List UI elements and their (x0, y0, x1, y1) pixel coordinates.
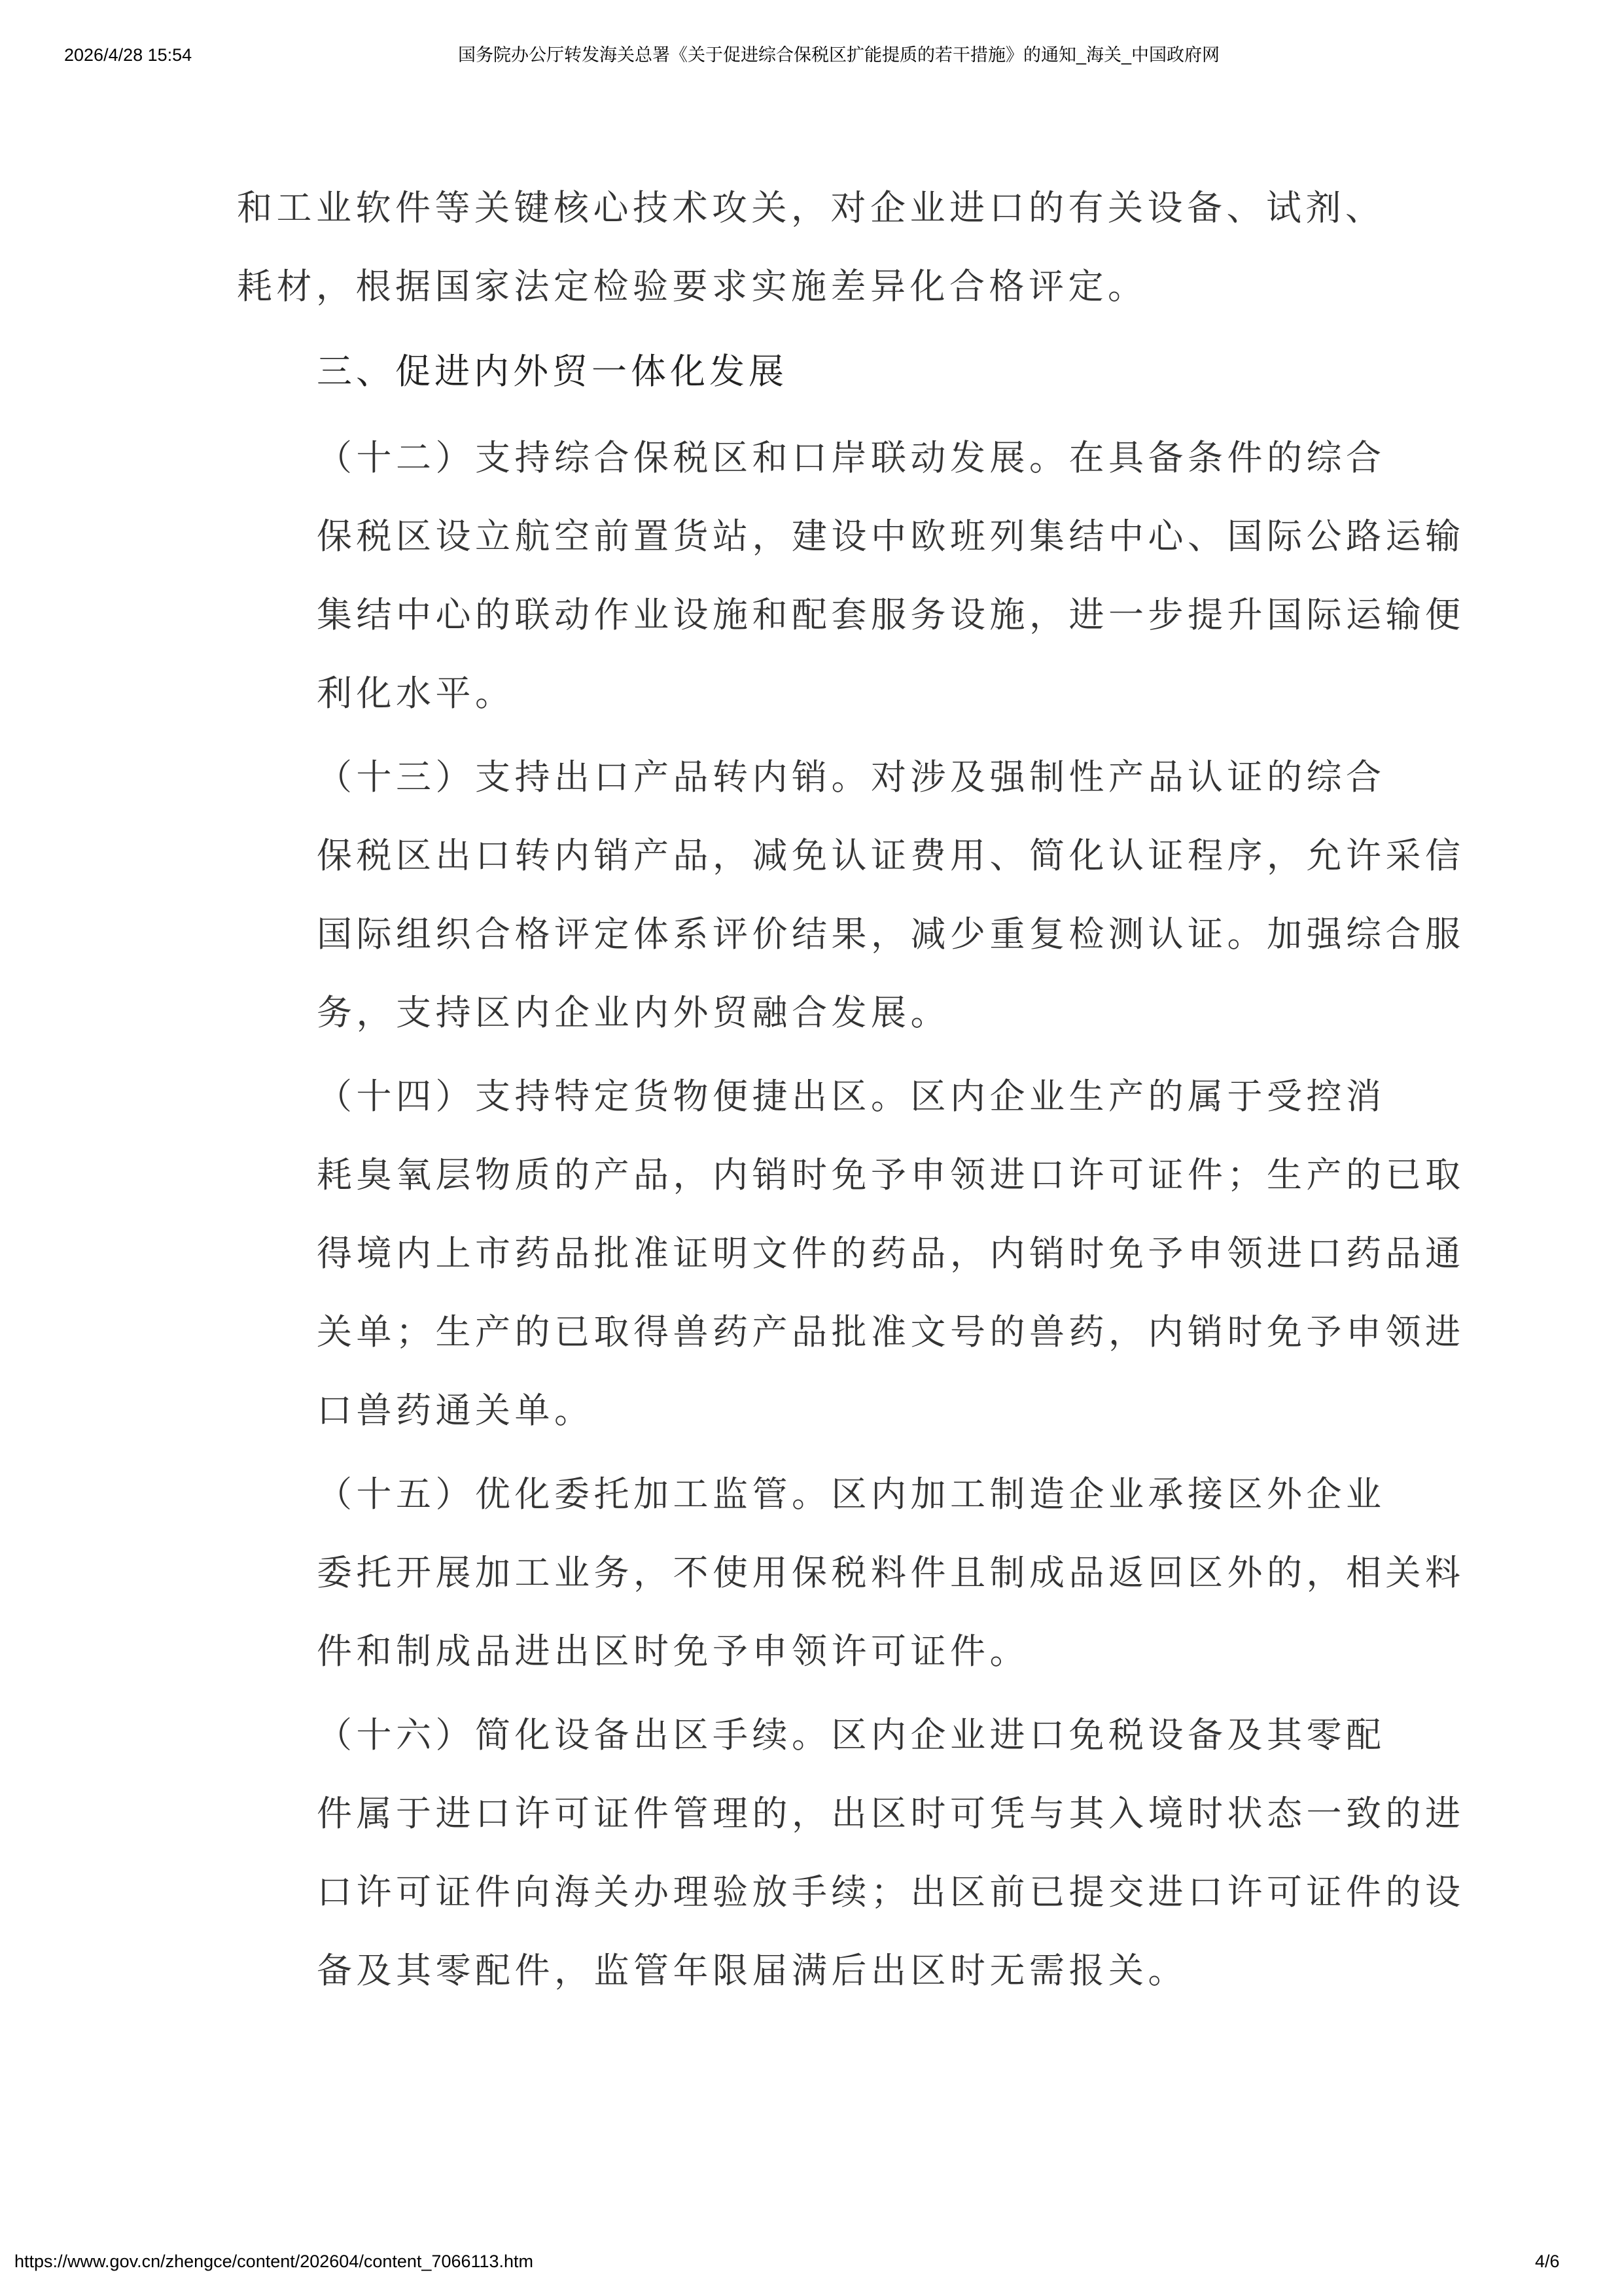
print-page-title: 国务院办公厅转发海关总署《关于促进综合保税区扩能提质的若干措施》的通知_海关_中… (458, 44, 1220, 65)
item-number: （十六） (317, 1714, 475, 1756)
text-line: 和工业软件等关键核心技术攻关，对企业进口的有关设备、试剂、 (237, 169, 1398, 247)
text-line: 国际组织合格评定体系评价结果，减少重复检测认证。加强综合服 (237, 895, 1398, 974)
print-header: 2026/4/28 15:54 国务院办公厅转发海关总署《关于促进综合保税区扩能… (0, 13, 1622, 52)
text-line: 件属于进口许可证件管理的，出区时可凭与其入境时状态一致的进 (237, 1775, 1398, 1853)
measure-item-14: （十四）支持特定货物便捷出区。区内企业生产的属于受控消 耗臭氧层物质的产品，内销… (237, 1057, 1398, 1450)
text-line: 对涉及强制性产品认证的综合 (871, 756, 1386, 798)
text-line: 务，支持区内企业内外贸融合发展。 (237, 974, 1398, 1052)
text-line: 耗材，根据国家法定检验要求实施差异化合格评定。 (237, 247, 1398, 326)
text-line: 集结中心的联动作业设施和配套服务设施，进一步提升国际运输便 (237, 576, 1398, 654)
item-number: （十二） (317, 437, 475, 478)
document-body: 和工业软件等关键核心技术攻关，对企业进口的有关设备、试剂、 耗材，根据国家法定检… (237, 169, 1398, 2015)
text-line: 委托开展加工业务，不使用保税料件且制成品返回区外的，相关料 (237, 1534, 1398, 1612)
measure-item-15: （十五）优化委托加工监管。区内加工制造企业承接区外企业 委托开展加工业务，不使用… (237, 1455, 1398, 1691)
text-line: 得境内上市药品批准证明文件的药品，内销时免予申领进口药品通 (237, 1214, 1398, 1293)
item-number: （十四） (317, 1076, 475, 1117)
item-number: （十三） (317, 756, 475, 798)
item-lead: 支持综合保税区和口岸联动发展。 (475, 437, 1069, 478)
section-heading: 三、促进内外贸一体化发展 (237, 332, 1398, 411)
text-line: 件和制成品进出区时免予申领许可证件。 (237, 1612, 1398, 1691)
item-lead: 支持出口产品转内销。 (475, 756, 871, 798)
text-line: 关单；生产的已取得兽药产品批准文号的兽药，内销时免予申领进 (237, 1293, 1398, 1371)
text-line: 保税区设立航空前置货站，建设中欧班列集结中心、国际公路运输 (237, 497, 1398, 576)
continuation-paragraph: 和工业软件等关键核心技术攻关，对企业进口的有关设备、试剂、 耗材，根据国家法定检… (237, 169, 1398, 326)
measure-item-13: （十三）支持出口产品转内销。对涉及强制性产品认证的综合 保税区出口转内销产品，减… (237, 738, 1398, 1052)
page-url: https://www.gov.cn/zhengce/content/20260… (14, 2251, 533, 2272)
measure-item-12: （十二）支持综合保税区和口岸联动发展。在具备条件的综合 保税区设立航空前置货站，… (237, 419, 1398, 733)
text-line: 在具备条件的综合 (1069, 437, 1386, 478)
item-number: （十五） (317, 1474, 475, 1515)
text-line: 保税区出口转内销产品，减免认证费用、简化认证程序，允许采信 (237, 817, 1398, 895)
print-datetime: 2026/4/28 15:54 (64, 44, 192, 65)
item-lead: 简化设备出区手续。 (475, 1714, 832, 1756)
text-line: 区内企业进口免税设备及其零配 (832, 1714, 1386, 1756)
item-lead: 支持特定货物便捷出区。 (475, 1076, 911, 1117)
print-footer: https://www.gov.cn/zhengce/content/20260… (0, 2251, 1622, 2277)
text-line: 口兽药通关单。 (237, 1371, 1398, 1450)
text-line: 利化水平。 (237, 654, 1398, 733)
text-line: 区内加工制造企业承接区外企业 (832, 1474, 1386, 1515)
text-line: 耗臭氧层物质的产品，内销时免予申领进口许可证件；生产的已取 (237, 1136, 1398, 1214)
text-line: 口许可证件向海关办理验放手续；出区前已提交进口许可证件的设 (237, 1853, 1398, 1932)
page-number: 4/6 (1535, 2251, 1560, 2272)
text-line: 区内企业生产的属于受控消 (911, 1076, 1386, 1117)
measure-item-16: （十六）简化设备出区手续。区内企业进口免税设备及其零配 件属于进口许可证件管理的… (237, 1696, 1398, 2010)
text-line: 备及其零配件，监管年限届满后出区时无需报关。 (237, 1932, 1398, 2010)
item-lead: 优化委托加工监管。 (475, 1474, 832, 1515)
